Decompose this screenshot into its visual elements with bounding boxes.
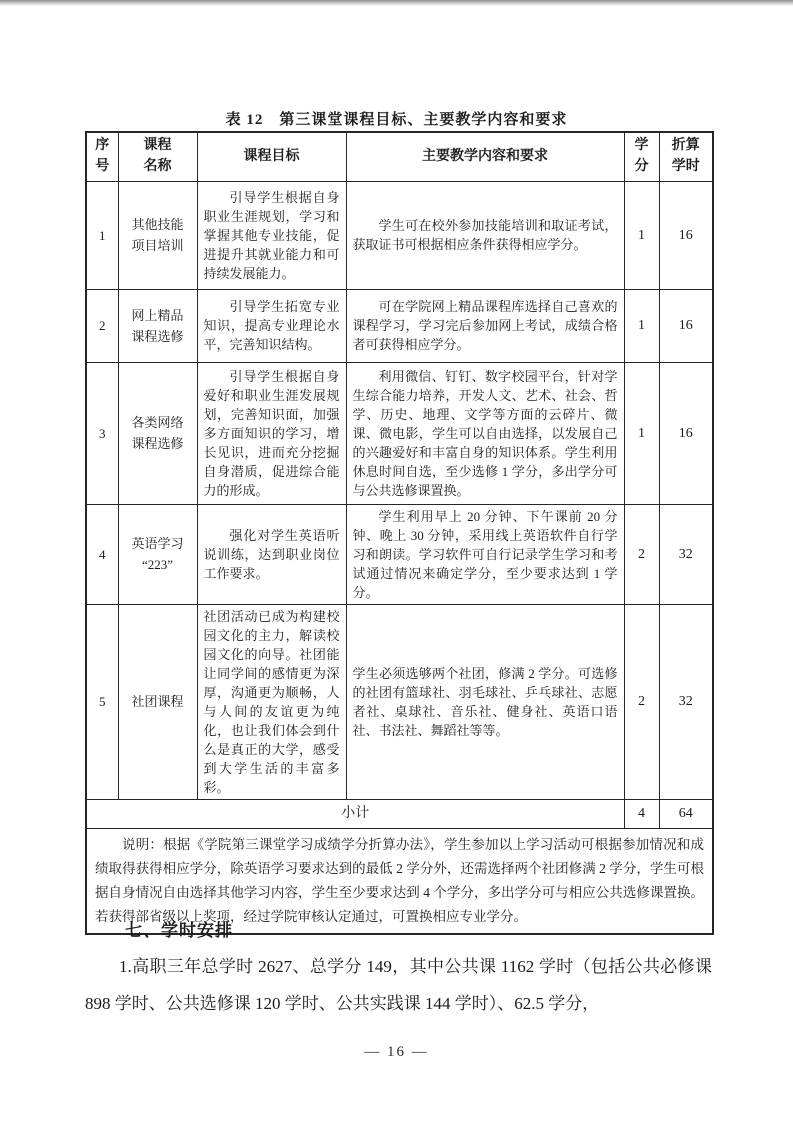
section-heading: 七、学时安排: [125, 916, 233, 941]
cell-credits: 2: [624, 504, 659, 604]
cell-course-name: 社团课程: [118, 604, 197, 799]
cell-content: 学生利用早上 20 分钟、下午课前 20 分钟、晚上 30 分钟，采用线上英语软…: [346, 504, 624, 604]
cell-hours: 16: [659, 362, 713, 504]
cell-hours: 32: [659, 604, 713, 799]
cell-credits: 1: [624, 289, 659, 362]
table-row: 5 社团课程 社团活动已成为构建校园文化的主力，解读校园文化的向导。社团能让同学…: [86, 604, 713, 799]
cell-no: 2: [86, 289, 118, 362]
cell-objective: 引导学生根据自身爱好和职业生涯发展规划，完善知识面，加强多方面知识的学习，增长见…: [197, 362, 346, 504]
cell-content: 利用微信、钉钉、数字校园平台，针对学生综合能力培养，开发人文、艺术、社会、哲学、…: [346, 362, 624, 504]
scan-edge-shadow: [0, 0, 793, 6]
cell-no: 5: [86, 604, 118, 799]
body-paragraph: 1.高职三年总学时 2627、总学分 149，其中公共课 1162 学时（包括公…: [85, 948, 712, 1022]
document-page: 表 12 第三课堂课程目标、主要教学内容和要求 序 号 课程 名称 课程目标 主…: [0, 0, 793, 1122]
cell-objective: 引导学生拓宽专业知识，提高专业理论水平，完善知识结构。: [197, 289, 346, 362]
page-number: — 16 —: [0, 1044, 793, 1061]
table-row: 4 英语学习 “223” 强化对学生英语听说训练，达到职业岗位工作要求。 学生利…: [86, 504, 713, 604]
table-row: 2 网上精品 课程选修 引导学生拓宽专业知识，提高专业理论水平，完善知识结构。 …: [86, 289, 713, 362]
cell-hours: 16: [659, 181, 713, 289]
header-credits: 学 分: [624, 132, 659, 181]
table-row: 3 各类网络 课程选修 引导学生根据自身爱好和职业生涯发展规划，完善知识面，加强…: [86, 362, 713, 504]
cell-content: 学生可在校外参加技能培训和取证考试，获取证书可根据相应条件获得相应学分。: [346, 181, 624, 289]
cell-credits: 1: [624, 181, 659, 289]
cell-credits: 1: [624, 362, 659, 504]
cell-objective: 引导学生根据自身职业生涯规划，学习和掌握其他专业技能，促进提升其就业能力和可持续…: [197, 181, 346, 289]
cell-content: 可在学院网上精品课程库选择自己喜欢的课程学习，学习完后参加网上考试，成绩合格者可…: [346, 289, 624, 362]
subtotal-label: 小计: [86, 799, 624, 828]
cell-hours: 16: [659, 289, 713, 362]
third-classroom-course-table: 序 号 课程 名称 课程目标 主要教学内容和要求 学 分 折算 学时 1 其他技…: [85, 131, 714, 935]
cell-objective: 社团活动已成为构建校园文化的主力，解读校园文化的向导。社团能让同学间的感情更为深…: [197, 604, 346, 799]
cell-objective: 强化对学生英语听说训练，达到职业岗位工作要求。: [197, 504, 346, 604]
cell-course-name: 网上精品 课程选修: [118, 289, 197, 362]
subtotal-hours: 64: [659, 799, 713, 828]
cell-hours: 32: [659, 504, 713, 604]
header-content: 主要教学内容和要求: [346, 132, 624, 181]
cell-course-name: 其他技能 项目培训: [118, 181, 197, 289]
table-title: 表 12 第三课堂课程目标、主要教学内容和要求: [0, 108, 793, 129]
header-objective: 课程目标: [197, 132, 346, 181]
table-header-row: 序 号 课程 名称 课程目标 主要教学内容和要求 学 分 折算 学时: [86, 132, 713, 181]
subtotal-credits: 4: [624, 799, 659, 828]
cell-course-name: 英语学习 “223”: [118, 504, 197, 604]
cell-no: 3: [86, 362, 118, 504]
header-no: 序 号: [86, 132, 118, 181]
cell-no: 1: [86, 181, 118, 289]
cell-no: 4: [86, 504, 118, 604]
subtotal-row: 小计 4 64: [86, 799, 713, 828]
cell-content: 学生必须选够两个社团，修满 2 学分。可选修的社团有篮球社、羽毛球社、乒乓球社、…: [346, 604, 624, 799]
table-row: 1 其他技能 项目培训 引导学生根据自身职业生涯规划，学习和掌握其他专业技能，促…: [86, 181, 713, 289]
cell-credits: 2: [624, 604, 659, 799]
header-hours: 折算 学时: [659, 132, 713, 181]
header-course-name: 课程 名称: [118, 132, 197, 181]
cell-course-name: 各类网络 课程选修: [118, 362, 197, 504]
